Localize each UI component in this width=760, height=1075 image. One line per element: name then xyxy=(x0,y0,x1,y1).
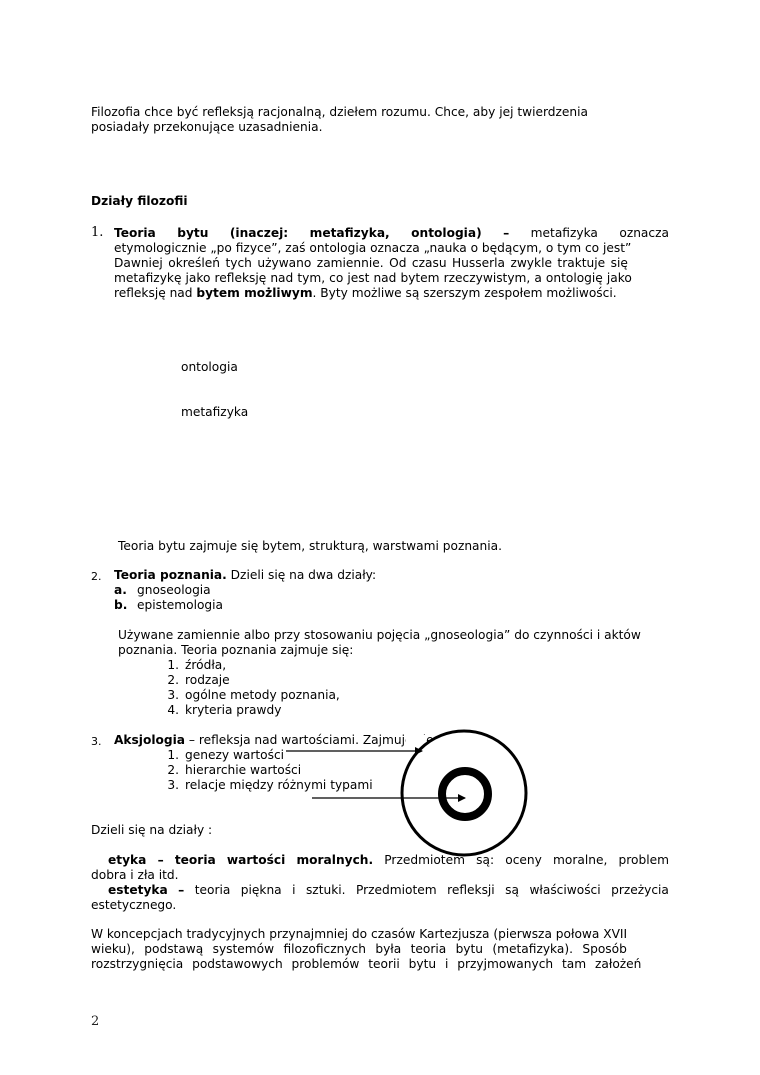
list-number-3: 3. xyxy=(91,735,102,748)
section-2-title: Teoria poznania. Dzieli się na dwa dział… xyxy=(114,568,376,583)
closing-line-3: rozstrzygnięcia podstawowych problemów t… xyxy=(91,957,669,972)
section-1-line-1: Teoria bytu (inaczej: metafizyka, ontolo… xyxy=(114,226,669,241)
diagram-label-metafizyka: metafizyka xyxy=(181,405,248,420)
intro-line-2: posiadały przekonujące uzasadnienia. xyxy=(91,120,671,135)
list-item: 3.ogólne metody poznania, xyxy=(157,688,340,703)
intro-line-1: Filozofia chce być refleksją racjonalną,… xyxy=(91,105,671,120)
closing-paragraph: W koncepcjach tradycyjnych przynajmniej … xyxy=(91,927,669,972)
list-item: 4.kryteria prawdy xyxy=(157,703,340,718)
inner-ring xyxy=(442,771,488,817)
section-1-title-w5: ontologia) xyxy=(411,226,482,241)
estetyka-paragraph: estetyka – teoria piękna i sztuki. Przed… xyxy=(91,883,669,913)
intro-paragraph: Filozofia chce być refleksją racjonalną,… xyxy=(91,105,671,135)
closing-line-1: W koncepcjach tradycyjnych przynajmniej … xyxy=(91,927,669,942)
concentric-circles-diagram xyxy=(0,0,760,1075)
etyka-paragraph: etyka – teoria wartości moralnych. Przed… xyxy=(91,853,669,883)
section-2-note: Używane zamiennie albo przy stosowaniu p… xyxy=(118,628,670,658)
outer-circle xyxy=(402,731,526,855)
section-1-title-w2: bytu xyxy=(177,226,208,241)
section-1-title-w3: (inaczej: xyxy=(230,226,288,241)
closing-line-2: wieku), podstawą systemów filozoficznych… xyxy=(91,942,669,957)
divisions-intro: Dzieli się na działy : xyxy=(91,823,212,838)
section-1-rest-w2: oznacza xyxy=(619,226,669,241)
list-item: 1.źródła, xyxy=(157,658,340,673)
bold-phrase: bytem możliwym xyxy=(196,286,312,300)
section-heading: Działy filozofii xyxy=(91,194,188,209)
section-1-line-5: refleksję nad bytem możliwym. Byty możli… xyxy=(114,286,669,301)
list-item: 2.hierarchie wartości xyxy=(157,763,373,778)
section-1-title-w6: – xyxy=(503,226,509,241)
section-1-title-w1: Teoria xyxy=(114,226,156,241)
section-3-topics: 1.genezy wartości 2.hierarchie wartości … xyxy=(157,748,373,793)
section-1-rest-w1: metafizyka xyxy=(531,226,598,241)
section-1-title-w4: metafizyka, xyxy=(310,226,390,241)
section-2-subitems: a.gnoseologia b.epistemologia xyxy=(114,583,223,613)
list-item: 3.relacje między różnymi typami xyxy=(157,778,373,793)
section-1-summary: Teoria bytu zajmuje się bytem, strukturą… xyxy=(118,539,502,554)
section-3-title: Aksjologia – refleksja nad wartościami. … xyxy=(114,733,434,748)
section-1-line-3: Dawniej określeń tych używano zamiennie.… xyxy=(114,256,669,271)
section-1-line-2: etymologicznie „po fizyce”, zaś ontologi… xyxy=(114,241,669,256)
section-1-body: Teoria bytu (inaczej: metafizyka, ontolo… xyxy=(114,226,669,301)
list-item: 2.rodzaje xyxy=(157,673,340,688)
list-number-2: 2. xyxy=(91,570,102,583)
page-number: 2 xyxy=(91,1014,99,1029)
diagram-label-ontologia: ontologia xyxy=(181,360,238,375)
list-item: b.epistemologia xyxy=(114,598,223,613)
section-1-line-4: metafizykę jako refleksję nad tym, co je… xyxy=(114,271,669,286)
list-number-1: 1. xyxy=(91,225,103,240)
list-item: a.gnoseologia xyxy=(114,583,223,598)
list-item: 1.genezy wartości xyxy=(157,748,373,763)
section-2-topics: 1.źródła, 2.rodzaje 3.ogólne metody pozn… xyxy=(157,658,340,718)
